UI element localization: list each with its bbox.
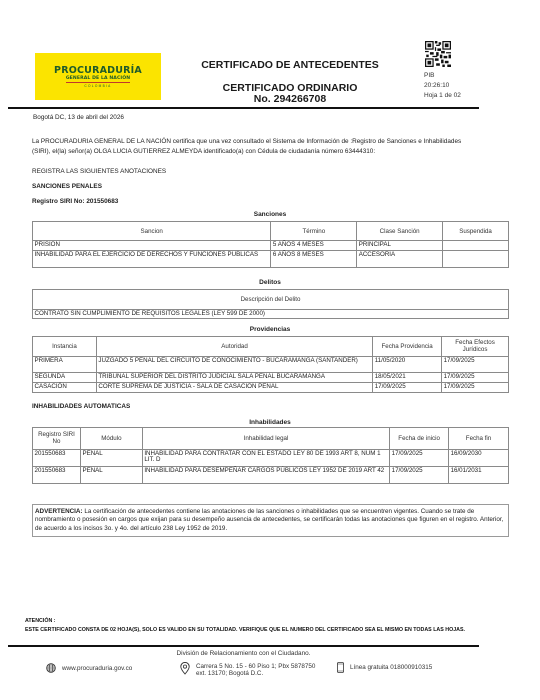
- sanciones-caption: Sanciones: [20, 211, 520, 218]
- footer-divider: [8, 645, 479, 647]
- delitos-caption: Delitos: [20, 279, 520, 286]
- table-row: CONTRATO SIN CUMPLIMIENTO DE REQUISITOS …: [33, 310, 509, 319]
- mobile-phone-icon: [337, 662, 344, 673]
- meta-time: 20:26:10: [424, 81, 461, 91]
- footer-website[interactable]: www.procuraduria.gov.co: [46, 663, 132, 673]
- cell-suspendida: [443, 241, 509, 251]
- registro-siri-number: Registro SIRI No: 201550683: [32, 198, 118, 205]
- logo-line-1: PROCURADURÍA: [54, 66, 142, 76]
- col-header-fecha-fin: Fecha fin: [449, 428, 509, 450]
- footer-phone: Línea gratuita 018000910315: [337, 662, 432, 673]
- qr-code-icon: [425, 41, 451, 67]
- inhabilidades-caption: Inhabilidades: [20, 419, 520, 426]
- certificate-meta: PIB 20:26:10 Hoja 1 de 02: [424, 71, 461, 101]
- certificate-type: CERTIFICADO ORDINARIO No. 294266708: [170, 83, 410, 105]
- col-header-clase: Clase Sanción: [357, 222, 443, 241]
- cell-modulo: PENAL: [80, 467, 142, 484]
- cell-registro-siri: 201550683: [33, 450, 81, 467]
- cell-fecha-inicio: 17/09/2025: [390, 467, 449, 484]
- cell-fecha-fin: 16/01/2031: [449, 467, 509, 484]
- footer-division: División de Relacionamiento con el Ciuda…: [0, 650, 487, 657]
- col-header-registro-siri: Registro SIRI No: [33, 428, 81, 450]
- col-header-inhabilidad-legal: Inhabilidad legal: [142, 428, 389, 450]
- col-header-sancion: Sancion: [33, 222, 271, 241]
- advertencia-label: ADVERTENCIA:: [35, 508, 83, 515]
- table-row: PRISION 5 AÑOS 4 MESES PRINCIPAL: [33, 241, 509, 251]
- meta-page: Hoja 1 de 02: [424, 91, 461, 101]
- cell-termino: 6 AÑOS 8 MESES: [271, 251, 357, 268]
- cell-instancia: SEGUNDA: [33, 373, 97, 383]
- table-row: PRIMERA JUZGADO 5 PENAL DEL CIRCUITO DE …: [33, 357, 509, 373]
- providencias-table: Instancia Autoridad Fecha Providencia Fe…: [32, 336, 509, 393]
- procuraduria-logo: PROCURADURÍA GENERAL DE LA NACIÓN COLOMB…: [35, 53, 161, 100]
- registra-anotaciones: REGISTRA LAS SIGUIENTES ANOTACIONES: [32, 168, 166, 175]
- cell-fecha-efectos: 17/09/2025: [442, 373, 509, 383]
- footer-address-line-2: ext. 13170; Bogotá D.C.: [196, 670, 315, 677]
- cell-inhabilidad-legal: INHABILIDAD PARA DESEMPEÑAR CARGOS PÚBLI…: [142, 467, 389, 484]
- sanciones-table: Sancion Término Clase Sanción Suspendida…: [32, 221, 509, 268]
- col-header-termino: Término: [271, 222, 357, 241]
- cell-clase: PRINCIPAL: [357, 241, 443, 251]
- table-row: 201550683 PENAL INHABILIDAD PARA CONTRAT…: [33, 450, 509, 467]
- cell-registro-siri: 201550683: [33, 467, 81, 484]
- table-row: CASACIÓN CORTE SUPREMA DE JUSTICIA - SAL…: [33, 383, 509, 393]
- cell-sancion: INHABILIDAD PARA EL EJERCICIO DE DERECHO…: [33, 251, 271, 268]
- cell-autoridad: CORTE SUPREMA DE JUSTICIA - SALA DE CASA…: [96, 383, 372, 393]
- table-row: SEGUNDA TRIBUNAL SUPERIOR DEL DISTRITO J…: [33, 373, 509, 383]
- col-header-fecha-efectos: Fecha Efectos Jurídicos: [442, 337, 509, 357]
- table-row: 201550683 PENAL INHABILIDAD PARA DESEMPE…: [33, 467, 509, 484]
- sanciones-penales-heading: SANCIONES PENALES: [32, 183, 102, 190]
- cell-instancia: CASACIÓN: [33, 383, 97, 393]
- logo-line-2: GENERAL DE LA NACIÓN: [66, 76, 130, 83]
- cell-fecha-efectos: 17/09/2025: [442, 383, 509, 393]
- cell-instancia: PRIMERA: [33, 357, 97, 373]
- footer-website-link[interactable]: www.procuraduria.gov.co: [62, 663, 132, 672]
- cell-fecha-providencia: 17/09/2025: [373, 383, 442, 393]
- footer-address-line-1: Carrera 5 No. 15 - 60 Piso 1; Pbx 587875…: [196, 663, 315, 670]
- meta-code: PIB: [424, 71, 461, 81]
- advertencia-text: La certificación de antecedentes contien…: [35, 508, 503, 532]
- location-pin-icon: [180, 662, 190, 675]
- col-header-fecha-inicio: Fecha de inicio: [390, 428, 449, 450]
- cell-sancion: PRISION: [33, 241, 271, 251]
- inhabilidades-table: Registro SIRI No Módulo Inhabilidad lega…: [32, 427, 509, 484]
- col-header-suspendida: Suspendida: [443, 222, 509, 241]
- cell-fecha-fin: 16/09/2030: [449, 450, 509, 467]
- cell-termino: 5 AÑOS 4 MESES: [271, 241, 357, 251]
- advertencia-box: ADVERTENCIA: La certificación de anteced…: [32, 504, 509, 537]
- table-row: INHABILIDAD PARA EL EJERCICIO DE DERECHO…: [33, 251, 509, 268]
- footer-phone-number: Línea gratuita 018000910315: [350, 662, 432, 671]
- cell-fecha-providencia: 11/05/2020: [373, 357, 442, 373]
- cell-autoridad: TRIBUNAL SUPERIOR DEL DISTRITO JUDICIAL …: [96, 373, 372, 383]
- atencion-notice: ATENCIÓN : ESTE CERTIFICADO CONSTA DE 02…: [25, 617, 495, 634]
- cell-modulo: PENAL: [80, 450, 142, 467]
- col-header-fecha-providencia: Fecha Providencia: [373, 337, 442, 357]
- col-header-modulo: Módulo: [80, 428, 142, 450]
- intro-line-2: (SIRI), el(la) señor(a) OLGA LUCIA GUTIE…: [32, 147, 461, 157]
- cell-descripcion: CONTRATO SIN CUMPLIMIENTO DE REQUISITOS …: [33, 310, 509, 319]
- cell-inhabilidad-legal: INHABILIDAD PARA CONTRATAR CON EL ESTADO…: [142, 450, 389, 467]
- cell-fecha-efectos: 17/09/2025: [442, 357, 509, 373]
- document-title: CERTIFICADO DE ANTECEDENTES: [170, 59, 410, 71]
- providencias-caption: Providencias: [20, 326, 520, 333]
- header-divider: [8, 107, 479, 109]
- col-header-instancia: Instancia: [33, 337, 97, 357]
- cell-fecha-inicio: 17/09/2025: [390, 450, 449, 467]
- delitos-table: Descripción del Delito CONTRATO SIN CUMP…: [32, 289, 509, 319]
- cell-suspendida: [443, 251, 509, 268]
- footer-address: Carrera 5 No. 15 - 60 Piso 1; Pbx 587875…: [180, 662, 315, 677]
- logo-line-3: COLOMBIA: [84, 84, 111, 88]
- intro-line-1: La PROCURADURIA GENERAL DE LA NACIÓN cer…: [32, 137, 461, 147]
- cell-clase: ACCESORIA: [357, 251, 443, 268]
- atencion-text: ESTE CERTIFICADO CONSTA DE 02 HOJA(S), S…: [25, 626, 495, 635]
- atencion-label: ATENCIÓN :: [25, 617, 495, 626]
- date-line: Bogotá DC, 13 de abril del 2026: [33, 114, 124, 121]
- globe-icon: [46, 663, 56, 673]
- cell-autoridad: JUZGADO 5 PENAL DEL CIRCUITO DE CONOCIMI…: [96, 357, 372, 373]
- certificate-number: No. 294266708: [170, 94, 410, 105]
- inhabilidades-automaticas-heading: INHABILIDADES AUTOMATICAS: [32, 403, 130, 410]
- col-header-descripcion: Descripción del Delito: [33, 290, 509, 310]
- intro-paragraph: La PROCURADURIA GENERAL DE LA NACIÓN cer…: [32, 137, 461, 157]
- col-header-autoridad: Autoridad: [96, 337, 372, 357]
- cell-fecha-providencia: 18/05/2021: [373, 373, 442, 383]
